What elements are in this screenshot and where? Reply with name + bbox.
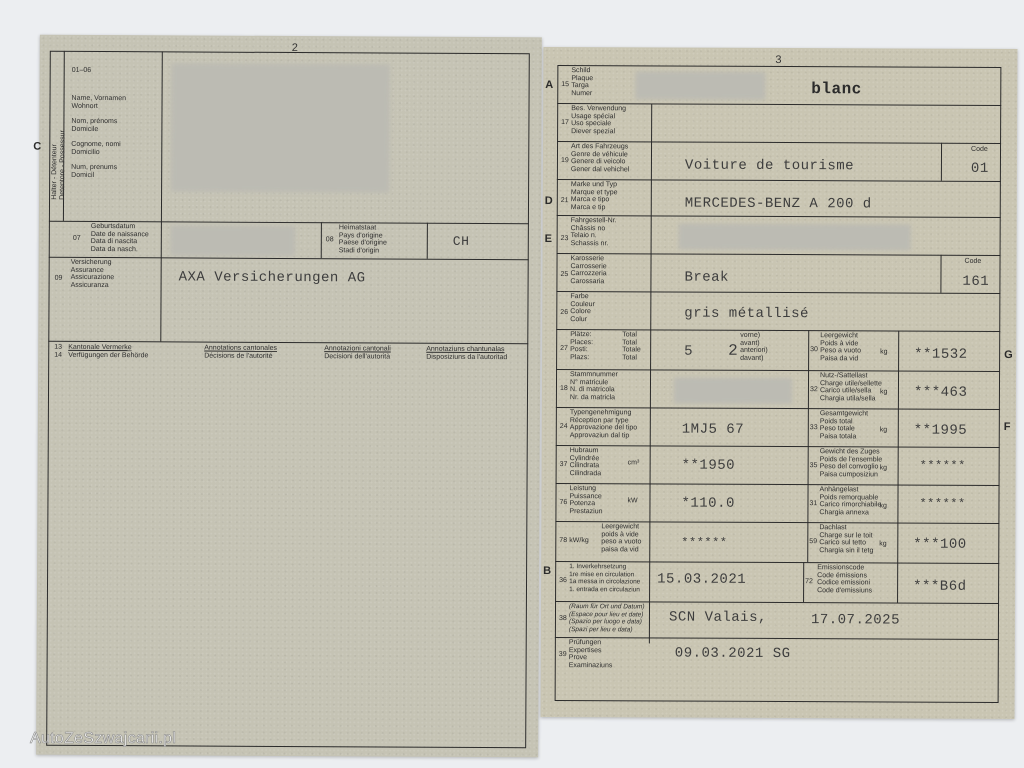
label-line: (Spazi per lieu e data) [569, 626, 645, 634]
label-line: Colur [570, 316, 595, 324]
field-number: 25 [560, 271, 568, 278]
payload-labels: Nutz-/Sattellast Charge utile/sellette C… [820, 372, 882, 402]
seats-front-value: 2 [728, 342, 738, 360]
birthdate-redacted [171, 225, 295, 256]
vehicle-type-value: Voiture de tourisme [685, 158, 854, 175]
empty-weight-value: **1532 [914, 347, 967, 363]
seats-total-value: 5 [684, 344, 693, 360]
field-number: 72 [805, 578, 813, 585]
label-line: Total [622, 339, 641, 347]
label-line: Chargia sin il tetg [819, 547, 873, 555]
label-line: Gener dal vehichel [571, 166, 629, 174]
label-line: Domicilio [71, 148, 126, 156]
roof-load-labels: Dachlast Charge sur le toit Carico sul t… [819, 524, 873, 554]
label-line: (Spazio per luogo e data) [569, 618, 645, 626]
trailer-load-labels: Anhängelast Poids remorquable Carico rim… [819, 486, 881, 516]
label-line: Expertises [569, 647, 613, 655]
insurance-labels: Versicherung Assurance Assicurazione Ass… [71, 259, 115, 289]
label-line: Puissance [569, 493, 602, 501]
power-value: *110.0 [681, 496, 734, 512]
divider [940, 255, 941, 293]
section-letter-c: C [33, 141, 41, 153]
label-line: Cylindrée [570, 455, 602, 463]
displacement-labels: Hubraum Cylindrée Cilindrata Cilindrada [570, 447, 602, 477]
label-line: Wohnort [71, 102, 126, 110]
label-line: Typengenehmigung [570, 409, 637, 417]
label-line: Carrozzeria [570, 270, 606, 278]
label-line: Plazs: [570, 354, 593, 362]
train-weight-value: ****** [920, 459, 966, 473]
page-number: 3 [775, 54, 781, 66]
roof-load-value: ***100 [913, 537, 966, 553]
label-line: 1. Inverkehrsetzung [569, 563, 640, 571]
body-code: 161 [962, 274, 989, 290]
watermark: AutoZeSzwajcarii.pl [30, 730, 176, 748]
unit-label: kg [880, 426, 887, 433]
label-line: Carico utile/sella [820, 387, 882, 395]
make-model-value: MERCEDES-BENZ A 200 d [685, 196, 872, 213]
label-line: Peso totale [820, 425, 868, 433]
label-line: Codice emissioni [817, 579, 872, 587]
unit-label: kW [627, 497, 637, 504]
field-number: 23 [561, 235, 569, 242]
document-page-left: 2 C Halter - Détenteur Detentore - Posse… [36, 35, 542, 758]
label-line: Examinaziuns [569, 662, 613, 670]
body-value: Break [684, 270, 729, 286]
label-line: 1. entrada en circulaziun [569, 586, 640, 594]
label-line: Couleur [570, 301, 595, 309]
label-line: Annotations cantonales [204, 345, 277, 353]
label-line: Assicuranza [71, 281, 115, 289]
label-line: Fahrgestell-Nr. [571, 217, 617, 225]
unit-label: kW/kg [569, 537, 588, 544]
field-number: 09 [55, 275, 63, 282]
annotations-fr: Annotations cantonales Décisions de l'au… [204, 345, 277, 360]
power-ratio-labels: Leergewicht poids à vide peso a vuoto pa… [601, 523, 641, 553]
insurance-value: AXA Versicherungen AG [179, 269, 366, 286]
place-value: SCN Valais, [669, 610, 767, 626]
label-line: Peso a vuoto [820, 347, 861, 355]
field-number: 78 [559, 537, 567, 544]
vehicle-type-labels: Art des Fahrzeugs Genre de véhicule Gene… [571, 143, 630, 173]
label-line: peso a vuoto [601, 538, 641, 546]
label-line: avant) [740, 339, 768, 347]
label-line: Colore [570, 308, 595, 316]
section-letter-e: E [545, 233, 552, 245]
label-line: Versicherung [71, 259, 115, 267]
birthdate-labels: Geburtsdatum Date de naissance Data di n… [91, 223, 149, 253]
divider [321, 222, 322, 258]
label-line: Peso del convoglio [820, 463, 882, 471]
inspections-labels: Prüfungen Expertises Prove Examinaziuns [569, 639, 613, 669]
label-line: Stadi d'origin [339, 247, 387, 255]
label-line: Gesamtgewicht [820, 410, 868, 418]
plate-labels: Schild Plaque Targa Numer [571, 67, 593, 97]
field-number: 19 [561, 157, 569, 164]
label-line: Annotazioni cantonali [324, 345, 391, 353]
field-number: 76 [559, 499, 567, 506]
label-line: Marca e tip [571, 204, 618, 212]
field-number: 38 [559, 615, 567, 622]
section-letter-b: B [543, 565, 551, 577]
matricule-redacted [674, 378, 792, 405]
code-label: Code [971, 146, 988, 154]
section-letter-d: D [545, 195, 553, 207]
label-line: Marca e tipo [571, 196, 618, 204]
label-line: davant) [740, 354, 768, 362]
label-line: Carossaria [570, 278, 606, 286]
empty-weight-labels: Leergewicht Poids à vide Peso a vuoto Pa… [820, 332, 861, 362]
label-line: Prüfungen [569, 639, 613, 647]
field-number: 33 [810, 424, 818, 431]
label-line: anteriori) [740, 347, 768, 355]
label-line: Totale [622, 346, 641, 354]
label-line: Domicil [71, 171, 126, 179]
label-line: Disposiziuns da l'autoritad [426, 353, 507, 361]
unit-label: kg [879, 540, 886, 547]
label-line: Art des Fahrzeugs [571, 143, 629, 151]
label-line: Annotaziuns chantunalas [426, 346, 507, 354]
label-line: Nom, prénoms [71, 118, 126, 126]
annotations-it: Annotazioni cantonali Decisioni dell'aut… [324, 345, 391, 360]
total-weight-labels: Gesamtgewicht Poids total Peso totale Pa… [820, 410, 868, 440]
label-line: Leistung [570, 485, 603, 493]
annotations-de: Kantonale Vermerke Verfügungen der Behör… [68, 344, 148, 359]
power-labels: Leistung Puissance Potenza Prestaziun [569, 485, 602, 515]
label-line: Paisa totala [820, 433, 868, 441]
power-ratio-value: ****** [681, 536, 727, 550]
first-registration-value: 15.03.2021 [657, 571, 746, 587]
label-line: Nutz-/Sattellast [820, 372, 882, 380]
label-line: 14 [54, 351, 62, 359]
first-registration-labels: 1. Inverkehrsetzung 1re mise en circulat… [569, 563, 640, 593]
label-line: Code d'emissiuns [817, 587, 872, 595]
label-line: Targa [571, 82, 593, 90]
label-line: Geburtsdatum [91, 223, 149, 231]
seats-sublabels: Total Total Totale Total [622, 331, 641, 361]
label-line: Numer [571, 90, 593, 98]
label-line: Diever spezial [571, 128, 626, 136]
label-line: Potenza [569, 500, 602, 508]
label-line: Paisa cumposiziun [820, 471, 882, 479]
label-line: Poids à vide [820, 340, 861, 348]
label-line: Uso speciale [571, 120, 626, 128]
type-approval-labels: Typengenehmigung Réception par type Appr… [570, 409, 637, 439]
emission-code-value: ***B6d [913, 579, 966, 595]
label-line: Carico sul tetto [819, 539, 873, 547]
divider [803, 562, 804, 602]
origin-value: CH [453, 234, 470, 249]
label-line: (Raum für Ort und Datum) [569, 603, 645, 611]
label-line: Bes. Verwendung [571, 105, 626, 113]
field-number: 32 [810, 386, 818, 393]
holder-range: 01–06 [72, 67, 92, 75]
label-line: 13 [54, 344, 62, 352]
seats-front-labels: vorne) avant) anteriori) davant) [740, 332, 768, 362]
label-line: 1a messa in circolazione [569, 578, 640, 586]
label-line: Total [622, 354, 641, 362]
color-labels: Farbe Couleur Colore Colur [570, 293, 595, 323]
field-number: 27 [560, 345, 568, 352]
label-line: Data da nasch. [91, 245, 149, 253]
label-line: Verfügungen der Behörde [68, 351, 148, 359]
label-line: poids à vide [601, 531, 641, 539]
label-line: Prove [569, 654, 613, 662]
unit-label: kg [880, 464, 887, 471]
label-line: Décisions de l'autorité [204, 352, 277, 360]
label-line: Stammnummer [570, 371, 618, 379]
emission-code-labels: Emissionscode Code émissions Codice emis… [817, 564, 872, 594]
label-line: Prestaziun [569, 508, 602, 516]
label-line: Hubraum [570, 447, 602, 455]
holder-name-redacted [171, 63, 390, 192]
field-number: 30 [810, 346, 818, 353]
label-line: Genere di veicolo [571, 158, 629, 166]
label-line: Schild [571, 67, 593, 75]
label-line: Nr. da matricla [570, 394, 618, 402]
label-line: Posti: [570, 346, 593, 354]
label-line: Dachlast [819, 524, 873, 532]
label-line: Approvaziun dal tip [570, 432, 637, 440]
annotations-numbers: 13 14 [54, 344, 62, 359]
label-line: Karosserie [571, 255, 607, 263]
unit-label: cm³ [628, 459, 640, 466]
label-line: Total [622, 331, 641, 339]
label-line: Leergewicht [601, 523, 641, 531]
field-number: 39 [559, 651, 567, 658]
field-number: 18 [560, 385, 568, 392]
label-line: Name, Vornamen [72, 95, 127, 103]
field-number: 07 [73, 235, 81, 242]
inspections-value: 09.03.2021 SG [675, 646, 791, 663]
make-model-labels: Marke und Typ Marque et type Marca e tip… [571, 181, 618, 211]
field-number: 21 [561, 197, 569, 204]
chassis-labels: Fahrgestell-Nr. Châssis no Telaio n. Sch… [571, 217, 617, 247]
label-line: Places: [570, 339, 593, 347]
label-line: vorne) [740, 332, 768, 340]
field-number: 17 [561, 119, 569, 126]
field-number: 24 [560, 423, 568, 430]
label-line: Chargia annexa [819, 509, 881, 517]
label-line: Gewicht des Zuges [820, 448, 882, 456]
field-number: 37 [560, 461, 568, 468]
unit-label: kg [880, 388, 887, 395]
body-labels: Karosserie Carrosserie Carrozzeria Caros… [570, 255, 606, 285]
label-line: Assicurazione [71, 274, 115, 282]
label-line: Approvazione del tipo [570, 424, 637, 432]
vehicle-type-code: 01 [971, 161, 989, 177]
train-weight-labels: Gewicht des Zuges Poids de l'ensemble Pe… [820, 448, 883, 478]
unit-label: kg [879, 502, 886, 509]
section-letter-g: G [1004, 349, 1013, 361]
field-number: 08 [326, 236, 334, 243]
label-line: Data di nascita [91, 238, 149, 246]
label-line: Heimatstaat [339, 224, 387, 232]
code-label: Code [965, 258, 982, 266]
label-line: Num, prenums [71, 164, 126, 172]
divider [941, 143, 942, 181]
label-line: N. di matricola [570, 386, 618, 394]
field-number: 15 [561, 81, 569, 88]
plate-color-value: blanc [811, 80, 862, 98]
unit-label: kg [880, 348, 887, 355]
label-line: Cognome, nomi [71, 141, 126, 149]
label-line: Telaio n. [571, 232, 617, 240]
divider [427, 223, 428, 259]
label-line: Cilindrada [570, 470, 602, 478]
label-line: Paese d'origine [339, 239, 387, 247]
field-number: 59 [809, 538, 817, 545]
holder-labels: Name, Vornamen Wohnort Nom, prénoms Domi… [71, 95, 126, 179]
section-letter-a: A [545, 79, 553, 91]
label-line: Domicile [71, 125, 126, 133]
field-number: 31 [809, 500, 817, 507]
label-line: Marke und Typ [571, 181, 618, 189]
annotations-rm: Annotaziuns chantunalas Disposiziuns da … [426, 346, 507, 361]
label-line: Anhängelast [820, 486, 882, 494]
holder-vertical-label: Halter - Détenteur Detentore - Possessur [51, 130, 67, 200]
label-line: Carrosserie [570, 263, 606, 271]
plate-number-redacted [635, 71, 765, 100]
label-line: Leergewicht [820, 332, 861, 340]
special-use-labels: Bes. Verwendung Usage spécial Uso specia… [571, 105, 626, 135]
label-line: Farbe [570, 293, 595, 301]
payload-value: ***463 [914, 385, 967, 401]
date-value: 17.07.2025 [811, 612, 900, 628]
label-line: Chargia utila/sella [820, 395, 882, 403]
field-number: 35 [810, 462, 818, 469]
label-line: Kantonale Vermerke [68, 344, 148, 352]
displacement-value: **1950 [682, 458, 735, 474]
label-line: Cilindrata [570, 462, 602, 470]
field-number: 26 [560, 309, 568, 316]
label-line: Schassis nr. [571, 240, 617, 248]
label-line: Plätze: [570, 331, 593, 339]
place-date-labels: (Raum für Ort und Datum) (Espace pour li… [569, 603, 645, 633]
document-page-right: 3 A D E B G F 15 Schild Plaque Targa Num… [541, 47, 1018, 719]
label-line: Carico rimorchiabile [819, 501, 881, 509]
total-weight-value: **1995 [914, 423, 967, 439]
label-line: Decisioni dell'autorità [324, 353, 391, 361]
type-approval-value: 1MJ5 67 [682, 422, 744, 438]
seats-labels: Plätze: Places: Posti: Plazs: [570, 331, 593, 361]
field-number: 36 [559, 577, 567, 584]
label-line: Paisa da vid [820, 355, 861, 363]
label-line: Plaque [571, 75, 593, 83]
section-letter-f: F [1004, 421, 1011, 433]
origin-labels: Heimatstaat Pays d'origine Paese d'origi… [339, 224, 387, 254]
color-value: gris métallisé [684, 306, 809, 323]
holder-vertical-label-line: Detentore - Possessur [59, 130, 67, 200]
label-line: paisa da vid [601, 546, 641, 554]
label-line: Emissionscode [817, 564, 872, 572]
trailer-load-value: ****** [919, 497, 965, 511]
matricule-labels: Stammnummer N° matricule N. di matricola… [570, 371, 618, 401]
chassis-redacted [679, 224, 911, 251]
